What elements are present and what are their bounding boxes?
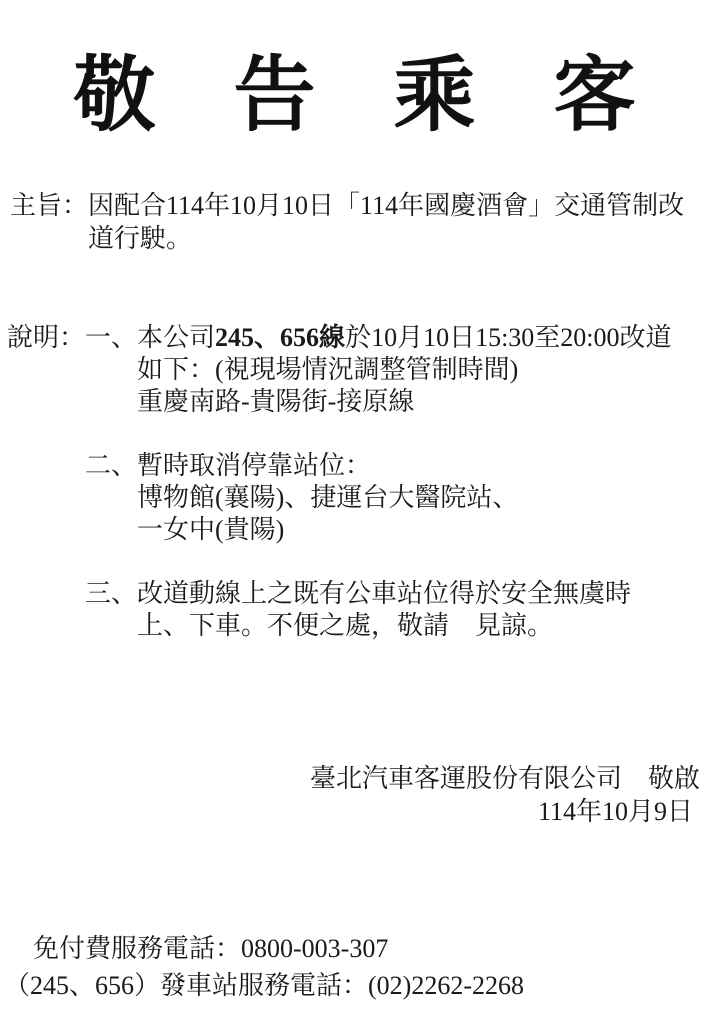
item-3-number: 三、 bbox=[85, 579, 137, 608]
subject-text: 因配合114年10月10日「114年國慶酒會」交通管制改 bbox=[88, 191, 684, 220]
route-numbers: 245、656線 bbox=[215, 323, 345, 352]
subject-label: 主旨： bbox=[10, 191, 88, 220]
explanation-item-3-line-2: 上、下車。不便之處，敬請 見諒。 bbox=[137, 611, 553, 641]
footer-tollfree-phone: 免付費服務電話：0800-003-307 bbox=[33, 934, 388, 964]
footer-depot-phone: （245、656）發車站服務電話：(02)2262-2268 bbox=[4, 971, 524, 1001]
subject-line-2: 道行駛。 bbox=[88, 224, 192, 254]
item-2-text: 暫時取消停靠站位： bbox=[137, 451, 371, 480]
signature-date: 114年10月9日 bbox=[538, 797, 693, 827]
notice-title: 敬告乘客 bbox=[0, 50, 709, 142]
title-char-1: 敬 bbox=[73, 50, 155, 142]
item-1-text-pre: 本公司 bbox=[137, 323, 215, 352]
explanation-item-2-line-1: 二、暫時取消停靠站位： bbox=[85, 451, 371, 481]
item-2-number: 二、 bbox=[85, 451, 137, 480]
explanation-item-1-line-3: 重慶南路-貴陽街-接原線 bbox=[137, 387, 414, 417]
explanation-item-1-line-1: 說明：一、本公司245、656線於10月10日15:30至20:00改道 bbox=[7, 323, 672, 353]
explanation-item-1-line-2: 如下：(視現場情況調整管制時間) bbox=[137, 355, 518, 385]
signature-company: 臺北汽車客運股份有限公司 敬啟 bbox=[310, 764, 700, 794]
subject-line-1: 主旨：因配合114年10月10日「114年國慶酒會」交通管制改 bbox=[10, 191, 684, 221]
notice-page: 敬告乘客 主旨：因配合114年10月10日「114年國慶酒會」交通管制改 道行駛… bbox=[0, 0, 709, 1024]
item-1-text-post: 於10月10日15:30至20:00改道 bbox=[345, 323, 671, 352]
explanation-label: 說明： bbox=[7, 323, 85, 352]
title-char-3: 乘 bbox=[394, 50, 476, 142]
explanation-item-3-line-1: 三、改道動線上之既有公車站位得於安全無虞時 bbox=[85, 579, 631, 609]
item-1-number: 一、 bbox=[85, 323, 137, 352]
title-char-4: 客 bbox=[554, 50, 636, 142]
title-char-2: 告 bbox=[233, 50, 315, 142]
explanation-item-2-line-3: 一女中(貴陽) bbox=[137, 515, 284, 545]
item-3-text: 改道動線上之既有公車站位得於安全無虞時 bbox=[137, 579, 631, 608]
explanation-item-2-line-2: 博物館(襄陽)、捷運台大醫院站、 bbox=[137, 483, 518, 513]
